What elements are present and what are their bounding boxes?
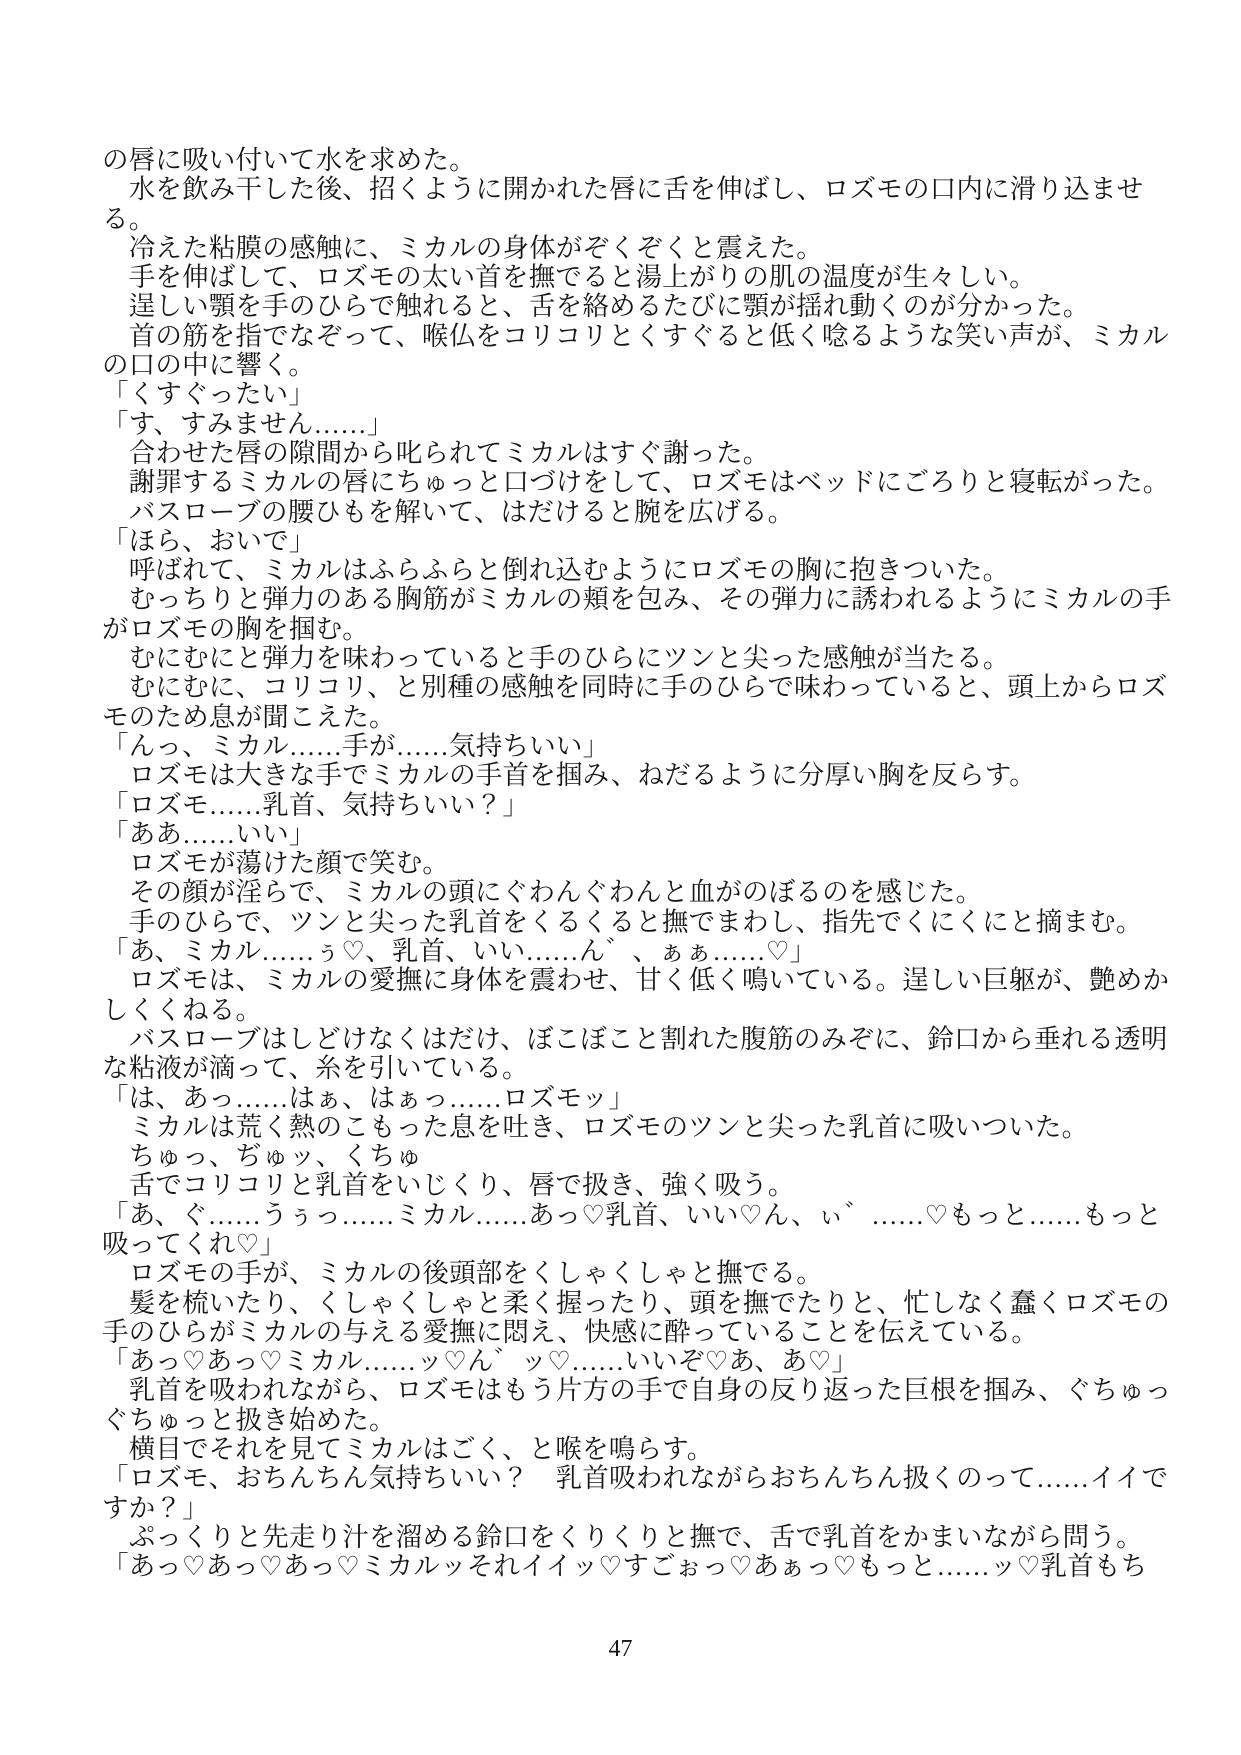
text-line: その顔が淫らで、ミカルの頭にぐわんぐわんと血がのぼるのを感じた。: [102, 878, 1164, 907]
text-line: ロズモは、ミカルの愛撫に身体を震わせ、甘く低く鳴いている。逞しい巨躯が、艶めか: [102, 966, 1164, 995]
document-page: の唇に吸い付いて水を求めた。 水を飲み干した後、招くように開かれた唇に舌を伸ばし…: [0, 0, 1241, 1755]
text-line: の唇に吸い付いて水を求めた。: [102, 146, 1164, 175]
text-line: ミカルは荒く熱のこもった息を吐き、ロズモのツンと尖った乳首に吸いついた。: [102, 1113, 1164, 1142]
text-line: 髪を梳いたり、くしゃくしゃと柔く握ったり、頭を撫でたりと、忙しなく蠢くロズモの: [102, 1289, 1164, 1318]
text-line: 「ロズモ、おちんちん気持ちいい？ 乳首吸われながらおちんちん扱くのって……イイで: [102, 1464, 1164, 1493]
text-line: の口の中に響く。: [102, 351, 1164, 380]
page-number: 47: [0, 1635, 1241, 1663]
text-line: 「あ、ミカル……ぅ♡、乳首、いい……ん゛、ぁぁ……♡」: [102, 937, 1164, 966]
text-line: 舌でコリコリと乳首をいじくり、唇で扱き、強く吸う。: [102, 1171, 1164, 1200]
text-line: 「ロズモ……乳首、気持ちいい？」: [102, 791, 1164, 820]
text-line: がロズモの胸を掴む。: [102, 615, 1164, 644]
text-line: 水を飲み干した後、招くように開かれた唇に舌を伸ばし、ロズモの口内に滑り込ませ: [102, 175, 1164, 204]
text-line: 手を伸ばして、ロズモの太い首を撫でると湯上がりの肌の温度が生々しい。: [102, 263, 1164, 292]
text-line: ロズモの手が、ミカルの後頭部をくしゃくしゃと撫でる。: [102, 1259, 1164, 1288]
text-line: モのため息が聞こえた。: [102, 703, 1164, 732]
text-line: ぷっくりと先走り汁を溜める鈴口をくりくりと撫で、舌で乳首をかまいながら問う。: [102, 1523, 1164, 1552]
text-line: 合わせた唇の隙間から叱られてミカルはすぐ謝った。: [102, 439, 1164, 468]
text-line: 「ああ……いい」: [102, 820, 1164, 849]
text-line: 手のひらで、ツンと尖った乳首をくるくると撫でまわし、指先でくにくにと摘まむ。: [102, 908, 1164, 937]
text-line: ロズモが蕩けた顔で笑む。: [102, 849, 1164, 878]
text-line: な粘液が滴って、糸を引いている。: [102, 1054, 1164, 1083]
text-line: しくくねる。: [102, 996, 1164, 1025]
text-line: むにむにと弾力を味わっていると手のひらにツンと尖った感触が当たる。: [102, 644, 1164, 673]
text-line: 「す、すみません……」: [102, 410, 1164, 439]
text-line: ロズモは大きな手でミカルの手首を掴み、ねだるように分厚い胸を反らす。: [102, 761, 1164, 790]
text-line: バスローブはしどけなくはだけ、ぼこぼこと割れた腹筋のみぞに、鈴口から垂れる透明: [102, 1025, 1164, 1054]
text-line: 謝罪するミカルの唇にちゅっと口づけをして、ロズモはベッドにごろりと寝転がった。: [102, 468, 1164, 497]
text-line: バスローブの腰ひもを解いて、はだけると腕を広げる。: [102, 498, 1164, 527]
text-line: 首の筋を指でなぞって、喉仏をコリコリとくすぐると低く唸るような笑い声が、ミカル: [102, 322, 1164, 351]
text-line: る。: [102, 205, 1164, 234]
text-line: 呼ばれて、ミカルはふらふらと倒れ込むようにロズモの胸に抱きついた。: [102, 556, 1164, 585]
text-line: 冷えた粘膜の感触に、ミカルの身体がぞくぞくと震えた。: [102, 234, 1164, 263]
text-line: 「は、あっ……はぁ、はぁっ……ロズモッ」: [102, 1084, 1164, 1113]
text-line: 「あ、ぐ……うぅっ……ミカル……あっ♡乳首、いい♡ん、ぃ゛……♡もっと……もっと: [102, 1201, 1164, 1230]
text-line: 吸ってくれ♡」: [102, 1230, 1164, 1259]
text-line: ぐちゅっと扱き始めた。: [102, 1406, 1164, 1435]
text-line: 横目でそれを見てミカルはごく、と喉を鳴らす。: [102, 1435, 1164, 1464]
text-line: むにむに、コリコリ、と別種の感触を同時に手のひらで味わっていると、頭上からロズ: [102, 673, 1164, 702]
text-line: むっちりと弾力のある胸筋がミカルの頬を包み、その弾力に誘われるようにミカルの手: [102, 585, 1164, 614]
text-line: 「あっ♡あっ♡あっ♡ミカルッそれイイッ♡すごぉっ♡あぁっ♡もっと……ッ♡乳首もち: [102, 1552, 1164, 1581]
text-line: 逞しい顎を手のひらで触れると、舌を絡めるたびに顎が揺れ動くのが分かった。: [102, 292, 1164, 321]
page-text: の唇に吸い付いて水を求めた。 水を飲み干した後、招くように開かれた唇に舌を伸ばし…: [102, 146, 1164, 1582]
text-line: 「あっ♡あっ♡ミカル……ッ♡ん゛ッ♡……いいぞ♡あ、あ♡」: [102, 1347, 1164, 1376]
text-line: 「くすぐったい」: [102, 380, 1164, 409]
text-line: 乳首を吸われながら、ロズモはもう片方の手で自身の反り返った巨根を掴み、ぐちゅっ: [102, 1376, 1164, 1405]
text-line: 「ほら、おいで」: [102, 527, 1164, 556]
text-line: すか？」: [102, 1494, 1164, 1523]
text-line: 「んっ、ミカル……手が……気持ちいい」: [102, 732, 1164, 761]
text-line: ちゅっ、ぢゅッ、くちゅ: [102, 1142, 1164, 1171]
text-line: 手のひらがミカルの与える愛撫に悶え、快感に酔っていることを伝えている。: [102, 1318, 1164, 1347]
